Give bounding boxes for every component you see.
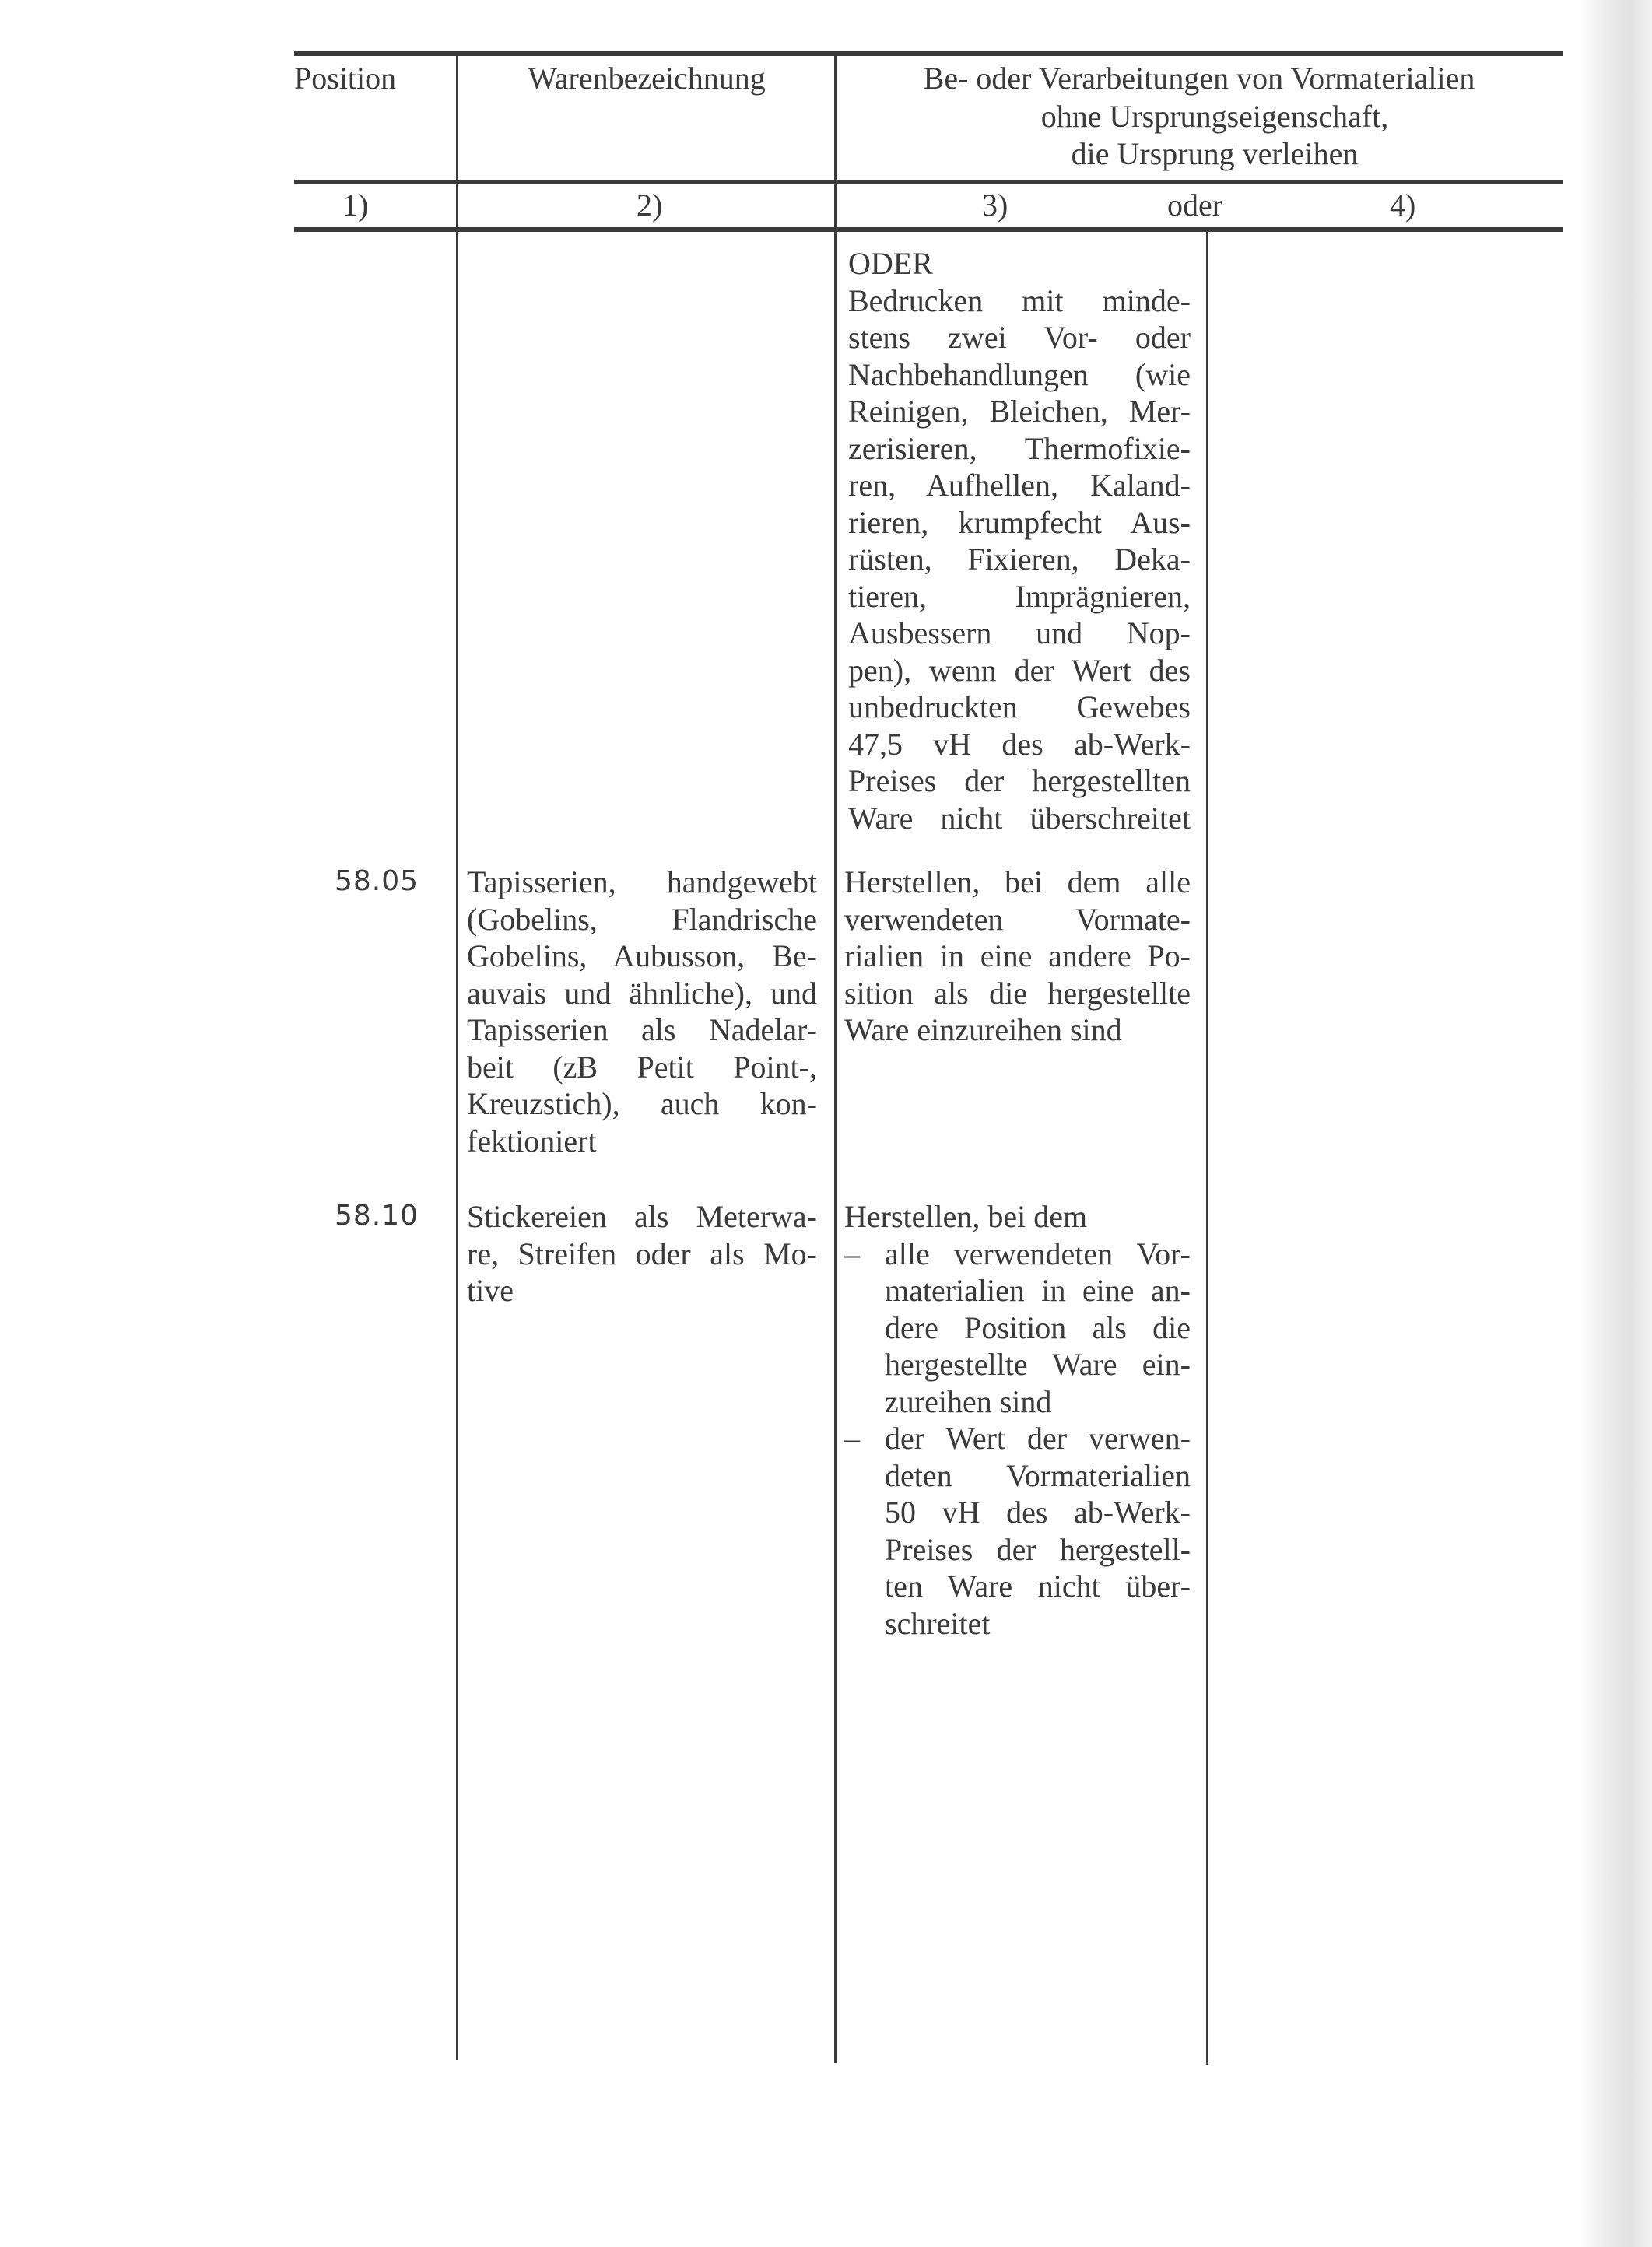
header-processing: Be- oder Verarbeitungen von Vormateriali… <box>837 59 1562 173</box>
row-58-05-col3: Herstellen, bei dem alle verwendeten Vor… <box>844 864 1191 1049</box>
text-line: beit (zB Petit Point-, <box>467 1049 817 1086</box>
text-line: (Gobelins, Flandrische <box>467 901 817 938</box>
text-line: 50 vH des ab-Werk- <box>885 1494 1191 1531</box>
text-line: Ware einzureihen sind <box>844 1011 1191 1049</box>
header-description: Warenbezeichnung <box>459 59 834 98</box>
position-58-10: 58.10 <box>335 1200 419 1232</box>
row-oder-col3: ODER Bedrucken mit minde- stens zwei Vor… <box>848 245 1191 836</box>
text-line: Herstellen, bei dem <box>844 1198 1191 1236</box>
text-line: 47,5 vH des ab-Werk- <box>848 726 1191 763</box>
scan-edge-shadow <box>1580 0 1652 2247</box>
text-line: Nachbehandlungen (wie <box>848 356 1191 394</box>
text-line: ten Ware nicht über- <box>885 1568 1191 1605</box>
text-line: rieren, krumpfecht Aus- <box>848 504 1191 542</box>
header-processing-line: die Ursprung verleihen <box>837 135 1562 173</box>
column-number-1: 1) <box>342 187 368 223</box>
text-line: hergestellte Ware ein- <box>885 1346 1191 1383</box>
text-line: tive <box>467 1272 817 1309</box>
text-line: Tapisserien, handgewebt <box>467 864 817 901</box>
text-line: pen), wenn der Wert des <box>848 652 1191 689</box>
text-line: auvais und ähnliche), und <box>467 975 817 1012</box>
text-line: Stickereien als Meterwa- <box>467 1198 817 1236</box>
column-divider-1 <box>456 54 458 2060</box>
text-line: re, Streifen oder als Mo- <box>467 1236 817 1273</box>
column-number-rule <box>294 227 1563 232</box>
header-processing-line: ohne Ursprungseigenschaft, <box>837 98 1562 135</box>
header-position: Position <box>294 59 419 98</box>
dash-bullet: – <box>844 1420 860 1457</box>
text-line: deten Vormaterialien <box>885 1457 1191 1495</box>
column-divider-3 <box>1206 230 1208 2065</box>
text-line: materialien in eine an- <box>885 1272 1191 1309</box>
text-line: Gobelins, Aubusson, Be- <box>467 938 817 975</box>
text-line: sition als die hergestellte <box>844 975 1191 1012</box>
text-line: verwendeten Vormate- <box>844 901 1191 938</box>
text-line: dere Position als die <box>885 1309 1191 1347</box>
column-or-label: oder <box>1167 187 1222 223</box>
text-line: Ware nicht überschreitet <box>848 800 1191 837</box>
text-line: Ausbessern und Nop- <box>848 615 1191 652</box>
list-item: – der Wert der verwen- deten Vormaterial… <box>844 1420 1191 1642</box>
row-58-10-col3: Herstellen, bei dem – alle verwendeten V… <box>844 1198 1191 1642</box>
row-58-10-description: Stickereien als Meterwa- re, Streifen od… <box>467 1198 817 1309</box>
text-line: der Wert der verwen- <box>885 1420 1191 1457</box>
text-line: unbedruckten Gewebes <box>848 689 1191 726</box>
text-line: rüsten, Fixieren, Deka- <box>848 541 1191 578</box>
text-line: Herstellen, bei dem alle <box>844 864 1191 901</box>
column-number-2: 2) <box>637 187 662 223</box>
text-line: Reinigen, Bleichen, Mer- <box>848 393 1191 430</box>
column-number-4: 4) <box>1390 187 1415 223</box>
header-processing-line: Be- oder Verarbeitungen von Vormateriali… <box>837 59 1562 98</box>
position-58-05: 58.05 <box>335 865 419 897</box>
text-line: Tapisserien als Nadelar- <box>467 1011 817 1049</box>
row-58-05-description: Tapisserien, handgewebt (Gobelins, Fland… <box>467 864 817 1159</box>
oder-heading: ODER <box>848 245 1191 282</box>
text-line: zureihen sind <box>885 1383 1191 1421</box>
table-top-rule <box>294 51 1563 56</box>
list-item: – alle verwendeten Vor- materialien in e… <box>844 1236 1191 1421</box>
text-line: rialien in eine andere Po- <box>844 938 1191 975</box>
text-line: Preises der hergestell- <box>885 1531 1191 1569</box>
text-line: tieren, Imprägnieren, <box>848 578 1191 615</box>
text-line: zerisieren, Thermofixie- <box>848 430 1191 468</box>
column-divider-2 <box>834 54 837 2063</box>
text-line: stens zwei Vor- oder <box>848 319 1191 356</box>
text-line: schreitet <box>885 1605 1191 1642</box>
text-line: fektioniert <box>467 1123 817 1160</box>
header-bottom-rule <box>294 180 1563 184</box>
text-line: ren, Aufhellen, Kaland- <box>848 467 1191 504</box>
text-line: Preises der hergestellten <box>848 762 1191 800</box>
column-number-3: 3) <box>982 187 1008 223</box>
text-line: Kreuzstich), auch kon- <box>467 1085 817 1123</box>
text-line: alle verwendeten Vor- <box>885 1236 1191 1273</box>
text-line: Bedrucken mit minde- <box>848 282 1191 320</box>
dash-bullet: – <box>844 1236 860 1273</box>
